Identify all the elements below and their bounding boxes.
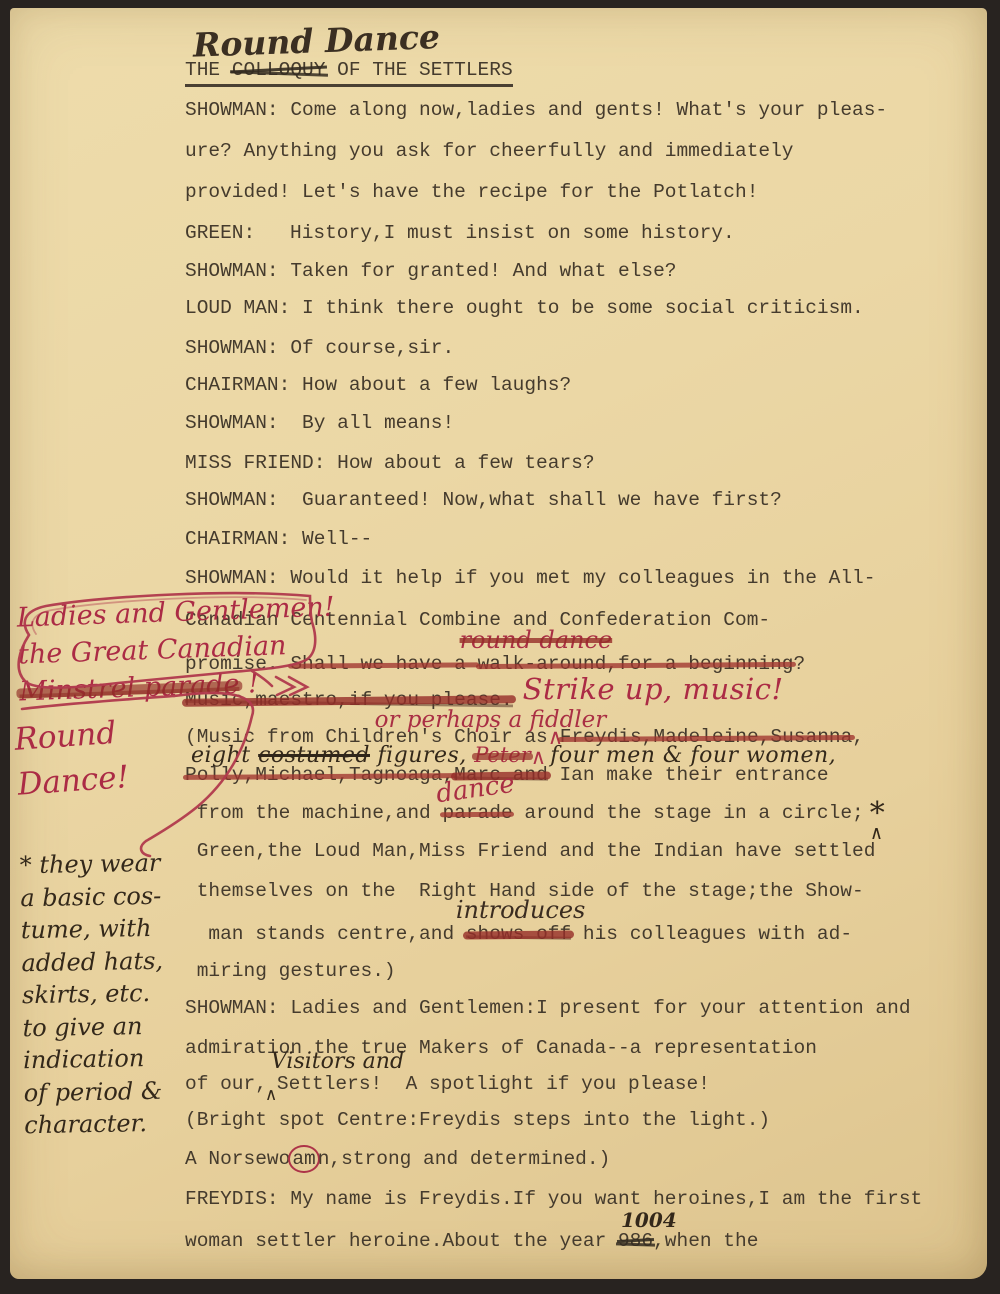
speaker-label: GREEN:: [185, 221, 290, 245]
speaker-label: CHAIRMAN:: [185, 527, 302, 551]
margin-note-line: * they wear: [19, 847, 161, 882]
text-segment: Green,the Loud Man,Miss Friend and the I…: [185, 840, 875, 862]
speaker-label: SHOWMAN:: [185, 259, 290, 283]
text-segment: tume, with: [21, 914, 152, 944]
speaker-label: FREYDIS:: [185, 1187, 290, 1211]
speaker-label: SHOWMAN:: [185, 996, 290, 1020]
script-line: SHOWMAN: Of course,sir.: [185, 336, 985, 373]
margin-note-line: indication: [23, 1042, 165, 1077]
text-segment: Taken for granted! And what else?: [290, 260, 676, 282]
script-line: LOUD MAN: I think there ought to be some…: [185, 296, 985, 336]
text-segment: the Great Canadian: [18, 630, 287, 670]
line-content: (Bright spot Centre:Freydis steps into t…: [185, 1109, 770, 1131]
margin-note-red-bubble: Ladies and Gentlemen!the Great CanadianM…: [16, 588, 338, 710]
text-segment: skirts, etc.: [22, 979, 151, 1009]
margin-note-costume: * they weara basic cos-tume, withadded h…: [19, 847, 166, 1142]
line-content: THE COLLOQUY OF THE SETTLERS: [185, 58, 513, 87]
text-segment: ?: [794, 653, 806, 675]
line-content: Would it help if you met my colleagues i…: [290, 567, 875, 589]
line-content: I think there ought to be some social cr…: [302, 297, 864, 319]
line-content: Well--: [302, 528, 372, 550]
text-segment: THE: [185, 59, 232, 81]
script-line: GREEN: History,I must insist on some his…: [185, 221, 985, 259]
speaker-label: SHOWMAN:: [185, 488, 290, 512]
text-segment: indication: [23, 1044, 145, 1074]
line-content: How about a few tears?: [337, 452, 594, 474]
speaker-label: LOUD MAN:: [185, 296, 302, 320]
script-line: A Norsewoamn,strong and determined.): [185, 1147, 985, 1187]
text-segment: * they wear: [19, 849, 160, 879]
margin-note-line: Round: [13, 710, 127, 763]
script-line: miring gestures.): [185, 959, 985, 996]
text-segment: added hats,: [21, 946, 163, 976]
line-content: of our,∧Visitors andSettlers! A spotligh…: [185, 1073, 710, 1095]
script-title-line: THE COLLOQUY OF THE SETTLERS: [185, 58, 985, 98]
script-line: (Bright spot Centre:Freydis steps into t…: [185, 1108, 985, 1147]
speaker-label: SHOWMAN:: [185, 98, 290, 122]
margin-note-line: character.: [24, 1107, 166, 1142]
text-segment: Would it help if you met my colleagues i…: [290, 567, 875, 589]
text-segment: OF THE SETTLERS: [325, 59, 512, 81]
line-content: provided! Let's have the recipe for the …: [185, 181, 758, 203]
text-segment: Of course,sir.: [290, 337, 454, 359]
line-content: History,I must insist on some history.: [290, 222, 735, 244]
script-line: FREYDIS: My name is Freydis.If you want …: [185, 1187, 985, 1227]
script-line: SHOWMAN: Ladies and Gentlemen:I present …: [185, 996, 985, 1036]
text-segment: his colleagues with ad-: [571, 923, 852, 945]
text-segment: A Norsewo: [185, 1148, 290, 1170]
text-segment: character.: [24, 1109, 147, 1139]
text-segment: ∧: [267, 1072, 277, 1096]
line-content: Ladies and Gentlemen:I present for your …: [290, 997, 910, 1019]
text-segment: How about a few laughs?: [302, 374, 571, 396]
line-content: Come along now,ladies and gents! What's …: [290, 99, 887, 121]
text-segment: By all means!: [290, 412, 454, 434]
script-line: woman settler heroine.About the year 100…: [185, 1227, 985, 1267]
text-segment: around the stage in a circle;: [513, 802, 864, 824]
text-segment: Guaranteed! Now,what shall we have first…: [290, 489, 781, 511]
text-segment: !: [239, 668, 260, 700]
text-segment: Polly,Michael,Tagnoaga,: [185, 764, 454, 786]
line-content: Of course,sir.: [290, 337, 454, 359]
line-content: Green,the Loud Man,Miss Friend and the I…: [185, 840, 875, 862]
text-segment: n,strong and determined.): [318, 1148, 611, 1170]
script-line: man stands centre,and introducesshows of…: [185, 919, 985, 959]
text-segment: Strike up, music!: [513, 672, 784, 706]
script-line: from the machine,and danceparade around …: [185, 798, 985, 839]
line-content: miring gestures.): [185, 960, 396, 982]
script-line: Green,the Loud Man,Miss Friend and the I…: [185, 839, 985, 879]
text-segment: provided! Let's have the recipe for the …: [185, 181, 758, 203]
script-line: (Music from Children's Choir as∧Freydis,…: [185, 723, 985, 743]
text-segment: from the machine,and: [185, 802, 442, 824]
text-segment: (Bright spot Centre:Freydis steps into t…: [185, 1109, 770, 1131]
line-content: Guaranteed! Now,what shall we have first…: [290, 489, 781, 511]
text-segment: COLLOQUY: [232, 59, 326, 81]
text-segment: ,when the: [653, 1230, 758, 1252]
script-line: CHAIRMAN: Well--: [185, 527, 985, 566]
text-segment: My name is Freydis.If you want heroines,…: [290, 1188, 922, 1210]
text-segment: Come along now,ladies and gents! What's …: [290, 99, 887, 121]
text-segment: I think there ought to be some social cr…: [302, 297, 864, 319]
script-line: Polly,Michael,Tagnoaga,Marc and Ian make…: [185, 763, 985, 798]
script-line: ure? Anything you ask for cheerfully and…: [185, 139, 985, 180]
script-line: SHOWMAN: Taken for granted! And what els…: [185, 259, 985, 296]
script-line: MISS FRIEND: How about a few tears?: [185, 451, 985, 488]
text-segment: Ladies and Gentlemen:I present for your …: [290, 997, 910, 1019]
scanned-script-page: Round DanceTHE COLLOQUY OF THE SETTLERSS…: [0, 0, 1000, 1294]
text-segment: Minstrel parade: [19, 669, 240, 708]
text-segment: ure? Anything you ask for cheerfully and…: [185, 140, 794, 162]
line-content: ure? Anything you ask for cheerfully and…: [185, 140, 794, 162]
speaker-label: SHOWMAN:: [185, 411, 290, 435]
text-segment: of period &: [23, 1076, 162, 1106]
script-line: CHAIRMAN: How about a few laughs?: [185, 373, 985, 411]
text-segment: Dance!: [16, 759, 130, 803]
script-line: eight costumed figures, Peter∧ four men …: [185, 743, 985, 763]
text-segment: man stands centre,and: [185, 923, 466, 945]
text-segment: 986: [618, 1230, 653, 1252]
text-segment: Ian make their entrance: [548, 764, 829, 786]
text-segment: History,I must insist on some history.: [290, 222, 735, 244]
line-content: By all means!: [290, 412, 454, 434]
line-content: My name is Freydis.If you want heroines,…: [290, 1188, 922, 1210]
text-segment: woman settler heroine.About the year: [185, 1230, 618, 1252]
text-segment: Well--: [302, 528, 372, 550]
margin-note-line: a basic cos-: [20, 879, 162, 914]
line-content: man stands centre,and introducesshows of…: [185, 923, 852, 945]
line-content: How about a few laughs?: [302, 374, 571, 396]
line-content: woman settler heroine.About the year 100…: [185, 1230, 758, 1252]
margin-note-line: Dance!: [16, 755, 130, 808]
speaker-label: MISS FRIEND:: [185, 451, 337, 475]
text-segment: am: [288, 1145, 319, 1173]
script-line: provided! Let's have the recipe for the …: [185, 180, 985, 221]
line-content: A Norsewoamn,strong and determined.): [185, 1148, 610, 1170]
margin-note-line: to give an: [22, 1009, 164, 1044]
margin-note-round-dance: RoundDance!: [13, 710, 130, 808]
line-content: Taken for granted! And what else?: [290, 260, 676, 282]
script-line: SHOWMAN: Come along now,ladies and gents…: [185, 98, 985, 139]
text-segment: Round: [13, 715, 117, 758]
text-segment: to give an: [22, 1012, 142, 1042]
text-segment: Settlers! A spotlight if you please!: [277, 1073, 710, 1095]
margin-note-line: of period &: [23, 1074, 165, 1109]
text-segment: of our,: [185, 1073, 267, 1095]
text-segment: miring gestures.): [185, 960, 396, 982]
speaker-label: SHOWMAN:: [185, 336, 290, 360]
margin-note-line: skirts, etc.: [22, 977, 164, 1012]
line-content: from the machine,and danceparade around …: [185, 802, 890, 824]
script-line: SHOWMAN: Guaranteed! Now,what shall we h…: [185, 488, 985, 527]
speaker-label: SHOWMAN:: [185, 566, 290, 590]
margin-note-line: tume, with: [21, 912, 163, 947]
text-segment: a basic cos-: [20, 881, 161, 911]
margin-note-line: added hats,: [21, 944, 163, 979]
text-segment: How about a few tears?: [337, 452, 594, 474]
script-line: of our,∧Visitors andSettlers! A spotligh…: [185, 1071, 985, 1108]
script-line: SHOWMAN: By all means!: [185, 411, 985, 451]
text-segment: shows off: [466, 923, 571, 945]
speaker-label: CHAIRMAN:: [185, 373, 302, 397]
text-segment: parade: [442, 802, 512, 824]
